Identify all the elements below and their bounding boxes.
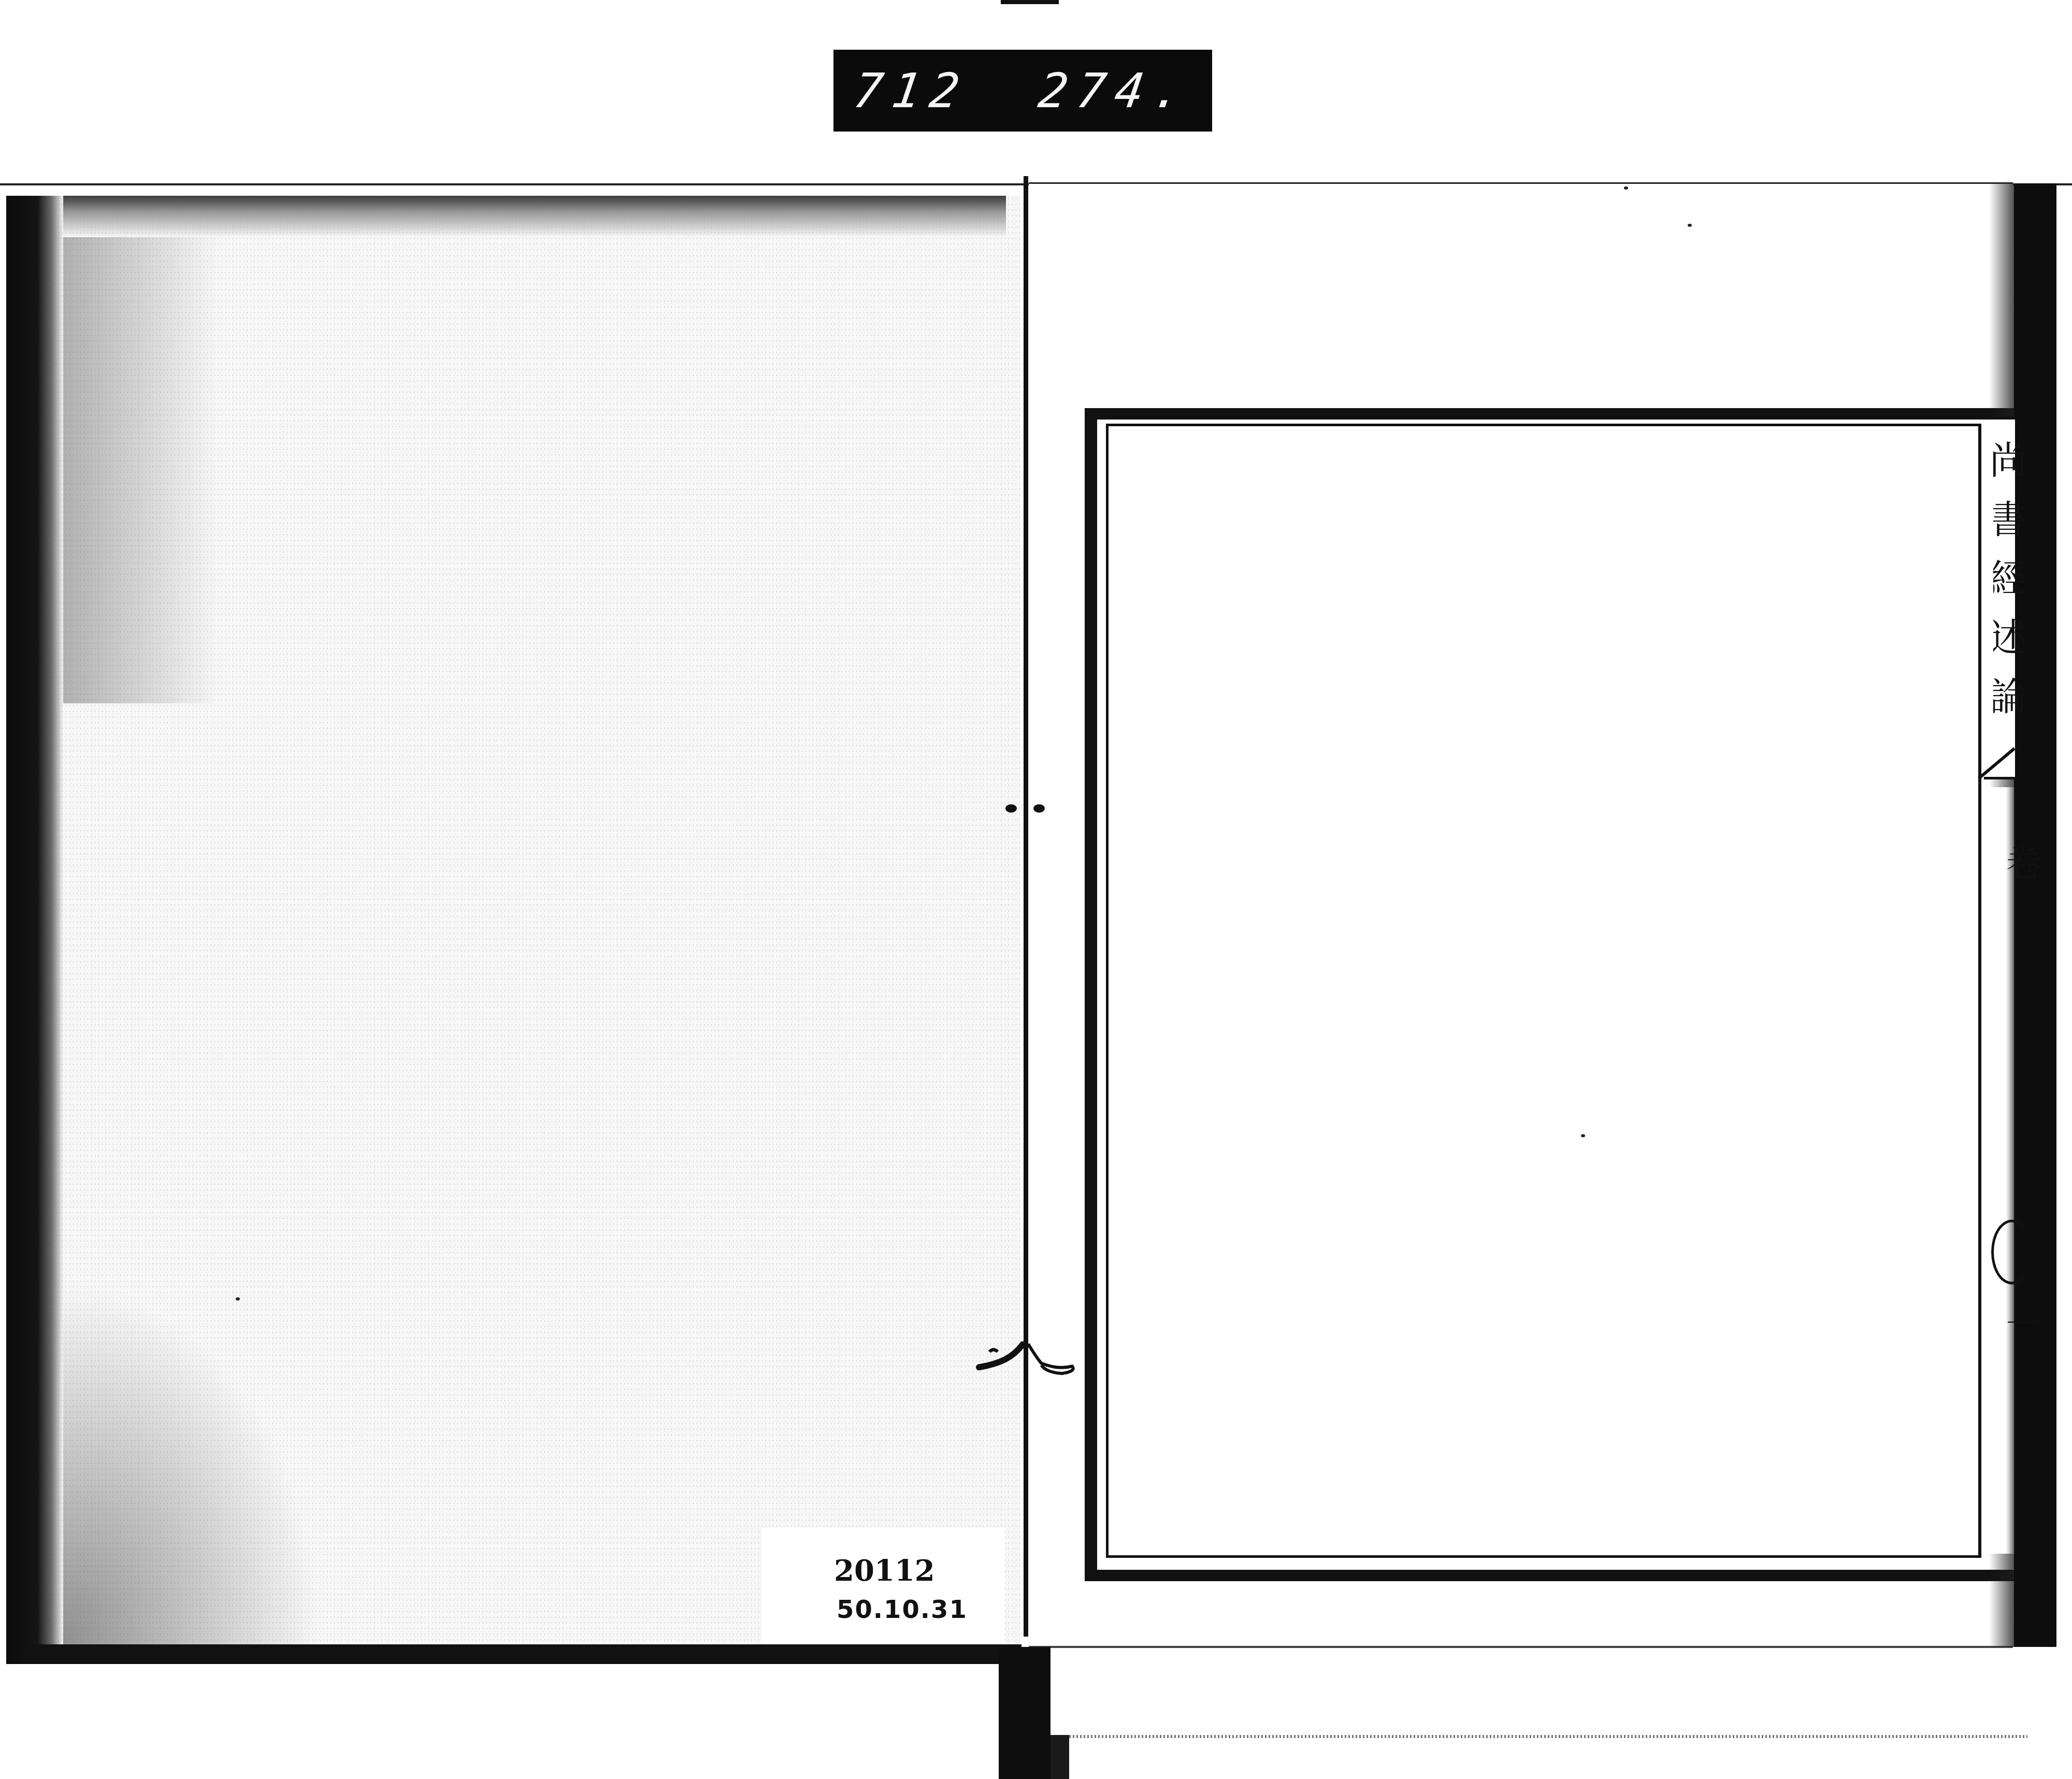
spine-title-slip: 尚書經述論 [1984,417,2015,779]
cover-stain-lower [63,1282,322,1644]
call-number: 20112 [834,1554,935,1588]
accession-date: 50.10.31 [837,1595,968,1624]
ink-speck [236,1297,240,1300]
underlying-page-edge [1069,1735,2027,1738]
gutter-fold-line [1024,176,1028,1637]
cover-bottom-edge [27,1644,1021,1664]
gutter-bottom-strip-secondary [1051,1735,1069,1779]
binding-hole-icon [1033,804,1045,813]
binding-thread-icon [974,1341,1077,1378]
circle-mark-icon [1991,1220,2033,1284]
cover-left-edge [6,196,63,1664]
reel-number-right: 274. [1035,63,1196,119]
library-call-label: 20112 50.10.31 [761,1528,1005,1644]
spine-lower-text: 一 [1995,1305,2048,1341]
cover-top-edge [63,196,1006,237]
cover-shading-upper [63,237,219,703]
double-frame-inner-border [1106,424,1981,1558]
left-page-cover [6,196,1020,1664]
top-edge-marker [1001,0,1059,4]
ink-speck [1688,224,1692,227]
book-spine-edge [2014,183,2056,1647]
ink-speck [1624,186,1628,190]
spine-volume-text: 卷 [1995,844,2048,880]
reel-number-label: 712 274. [833,50,1212,132]
spine-volume-slip: 卷 一 [1984,787,2015,1554]
binding-hole-icon [1005,804,1017,813]
reel-number-left: 712 [850,63,972,119]
gutter-bottom-strip [999,1647,1051,1779]
ink-speck [1581,1134,1585,1137]
spine-title-text: 尚書經述論 [1993,440,2024,735]
